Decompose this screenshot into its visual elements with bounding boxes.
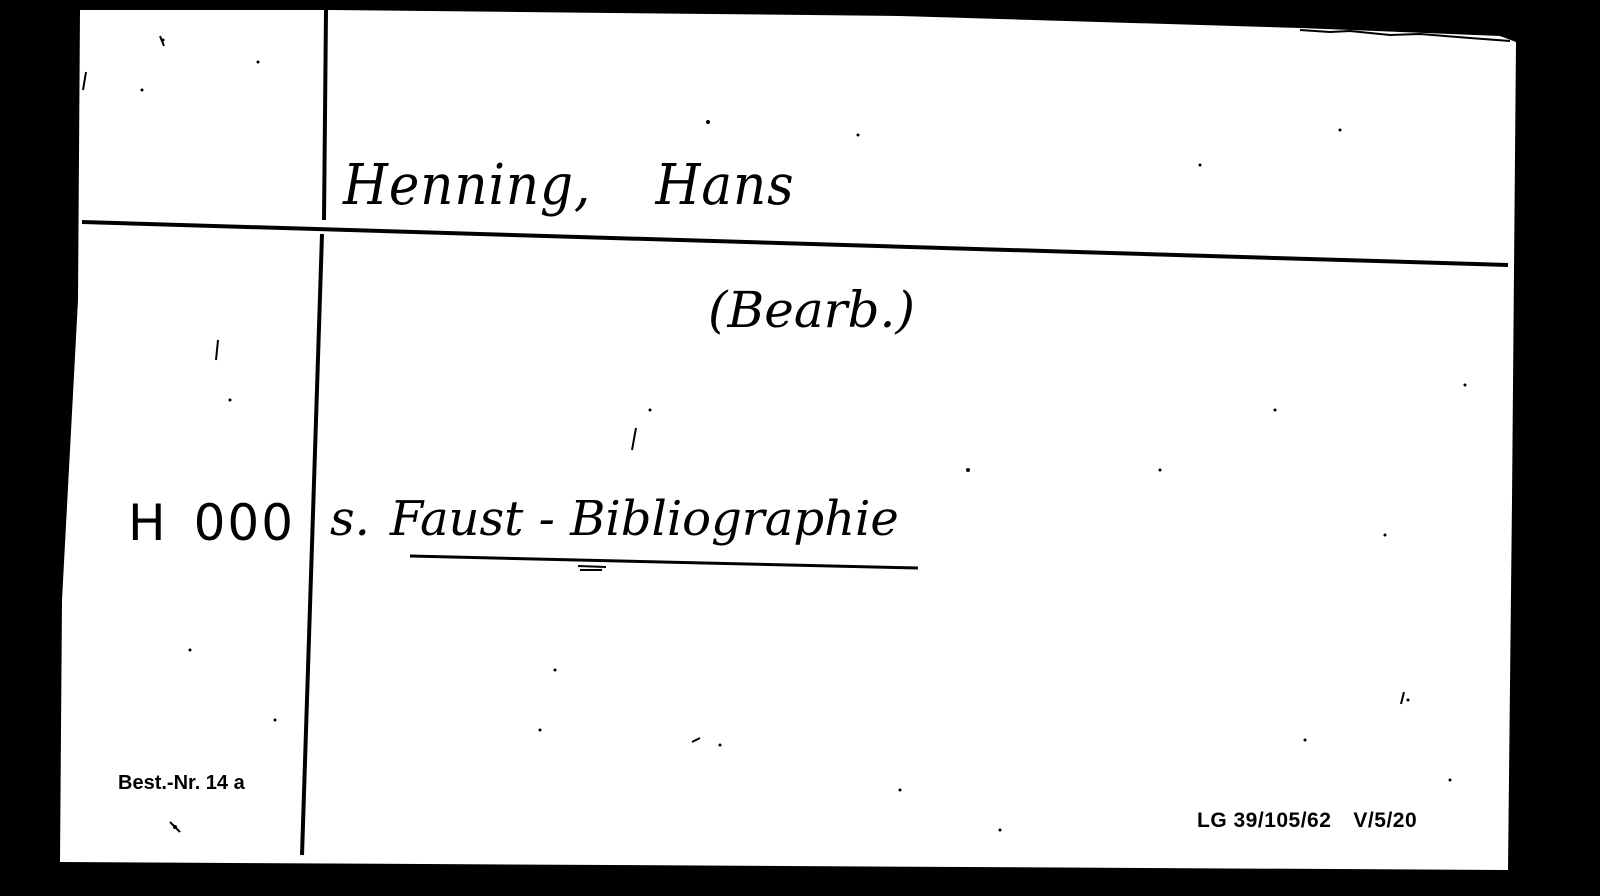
author-surname: Henning, — [343, 153, 591, 218]
author-role-note: (Bearb.) — [708, 285, 915, 335]
margin-rule-line-upper — [324, 10, 326, 220]
see-reference: s.Faust - Bibliographie — [330, 495, 899, 553]
heading-author-name: Henning,Hans — [343, 158, 795, 214]
catalog-card: Henning,Hans (Bearb.) H000 s.Faust - Bib… — [0, 0, 1600, 896]
author-given-name: Hans — [656, 153, 795, 218]
call-number-letter: H — [128, 494, 168, 552]
card-frame-graphic — [0, 0, 1600, 896]
printer-code-suffix: V/5/20 — [1353, 809, 1417, 832]
form-order-number: Best.-Nr. 14 a — [118, 773, 245, 793]
call-number: H000 — [128, 498, 295, 548]
printer-code-main: LG 39/105/62 — [1197, 809, 1331, 832]
call-number-digits: 000 — [194, 494, 295, 552]
printer-code: LG 39/105/62V/5/20 — [1197, 810, 1417, 831]
scanned-catalog-card-viewer: Henning,Hans (Bearb.) H000 s.Faust - Bib… — [0, 0, 1600, 896]
see-reference-target: Faust - Bibliographie — [390, 495, 899, 553]
card-paper — [60, 10, 1516, 870]
see-reference-prefix: s. — [330, 491, 370, 547]
